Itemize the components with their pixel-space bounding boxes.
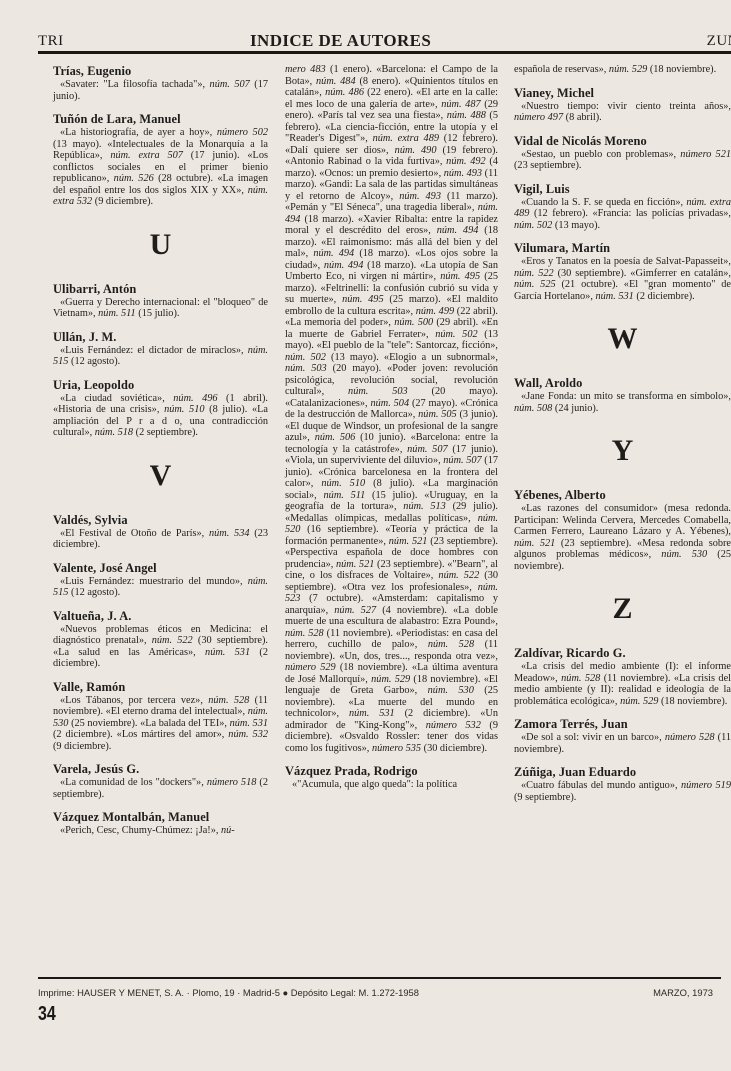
entry-continuation: mero 483 (1 enero). «Barcelona: el Campo…: [285, 64, 498, 754]
author-entry: Valdés, Sylvia«El Festival de Otoño de P…: [53, 513, 268, 551]
entry-text: «Savater: "La filosofía tachada"», núm. …: [53, 79, 268, 102]
author-entry: Varela, Jesús G.«La comunidad de los "do…: [53, 762, 268, 800]
author-entry: Valle, Ramón«Los Tábanos, por tercera ve…: [53, 680, 268, 753]
section-letter: Y: [514, 434, 731, 468]
author-name: Vianey, Michel: [514, 86, 731, 100]
author-entry: Wall, Aroldo«Jane Fonda: un mito se tran…: [514, 376, 731, 414]
author-name: Yébenes, Alberto: [514, 488, 731, 502]
entry-text: «Jane Fonda: un mito se transforma en sí…: [514, 391, 731, 414]
entry-text: «La historiografía, de ayer a hoy», núme…: [53, 127, 268, 208]
entry-text: «Guerra y Derecho internacional: el "blo…: [53, 297, 268, 320]
entry-text: «Cuando la S. F. se queda en ficción», n…: [514, 197, 731, 232]
author-name: Wall, Aroldo: [514, 376, 731, 390]
author-entry: Vidal de Nicolás Moreno«Sestao, un puebl…: [514, 134, 731, 172]
entry-text: española de reservas», núm. 529 (18 novi…: [514, 64, 731, 76]
author-entry: Zaldívar, Ricardo G.«La crisis del medio…: [514, 646, 731, 707]
author-entry: Trías, Eugenio«Savater: "La filosofía ta…: [53, 64, 268, 102]
author-entry: Valente, José Angel«Luis Fernández: mues…: [53, 561, 268, 599]
author-entry: Uria, Leopoldo«La ciudad soviética», núm…: [53, 378, 268, 439]
footer-rule: [38, 977, 721, 979]
author-entry: Yébenes, Alberto«Las razones del consumi…: [514, 488, 731, 572]
entry-text: «El Festival de Otoño de París», núm. 53…: [53, 528, 268, 551]
author-entry: Ullán, J. M.«Luis Fernández: el dictador…: [53, 330, 268, 368]
section-letter: U: [53, 228, 268, 262]
section-letter: W: [514, 322, 731, 356]
column-2: mero 483 (1 enero). «Barcelona: el Campo…: [285, 64, 498, 801]
entry-text: «Nuevos problemas éticos en Medicina: el…: [53, 624, 268, 670]
author-name: Valtueña, J. A.: [53, 609, 268, 623]
entry-text: «Los Tábanos, por tercera vez», núm. 528…: [53, 695, 268, 753]
entry-text: «Luis Fernández: muestrario del mundo», …: [53, 576, 268, 599]
entry-continuation: española de reservas», núm. 529 (18 novi…: [514, 64, 731, 76]
issue-date: MARZO, 1973: [653, 987, 713, 998]
author-name: Vázquez Prada, Rodrigo: [285, 764, 498, 778]
page-title: INDICE DE AUTORES: [250, 31, 431, 51]
author-name: Valente, José Angel: [53, 561, 268, 575]
column-1: Trías, Eugenio«Savater: "La filosofía ta…: [53, 64, 268, 847]
author-name: Ulibarri, Antón: [53, 282, 268, 296]
author-name: Vidal de Nicolás Moreno: [514, 134, 731, 148]
entry-text: «La comunidad de los "dockers"», número …: [53, 777, 268, 800]
entry-text: «La ciudad soviética», núm. 496 (1 abril…: [53, 393, 268, 439]
imprint-line: Imprime: HAUSER Y MENET, S. A. · Plomo, …: [38, 987, 419, 998]
author-name: Uria, Leopoldo: [53, 378, 268, 392]
entry-text: «Eros y Tanatos en la poesía de Salvat-P…: [514, 256, 731, 302]
column-3: española de reservas», núm. 529 (18 novi…: [514, 64, 731, 813]
author-entry: Vilumara, Martín«Eros y Tanatos en la po…: [514, 241, 731, 302]
entry-text: «Luis Fernández: el dictador de miraclos…: [53, 345, 268, 368]
author-name: Vilumara, Martín: [514, 241, 731, 255]
header-rule: [38, 51, 731, 54]
author-entry: Zamora Terrés, Juan«De sol a sol: vivir …: [514, 717, 731, 755]
entry-text: «Las razones del consumidor» (mesa redon…: [514, 503, 731, 572]
author-name: Zaldívar, Ricardo G.: [514, 646, 731, 660]
section-letter: V: [53, 459, 268, 493]
entry-text: «Perich, Cesc, Chumy-Chúmez: ¡Ja!», nú-: [53, 825, 268, 837]
author-entry: Valtueña, J. A.«Nuevos problemas éticos …: [53, 609, 268, 670]
entry-text: «"Acumula, que algo queda": la política: [285, 779, 498, 791]
author-name: Zamora Terrés, Juan: [514, 717, 731, 731]
page-number: 34: [38, 1003, 56, 1026]
author-name: Valdés, Sylvia: [53, 513, 268, 527]
author-name: Valle, Ramón: [53, 680, 268, 694]
author-name: Varela, Jesús G.: [53, 762, 268, 776]
author-name: Trías, Eugenio: [53, 64, 268, 78]
section-letter: Z: [514, 592, 731, 626]
author-entry: Ulibarri, Antón«Guerra y Derecho interna…: [53, 282, 268, 320]
author-entry: Vianey, Michel«Nuestro tiempo: vivir cie…: [514, 86, 731, 124]
author-entry: Tuñón de Lara, Manuel«La historiografía,…: [53, 112, 268, 208]
entry-text: «Nuestro tiempo: vivir ciento treinta añ…: [514, 101, 731, 124]
author-name: Zúñiga, Juan Eduardo: [514, 765, 731, 779]
author-name: Tuñón de Lara, Manuel: [53, 112, 268, 126]
author-entry: Vázquez Prada, Rodrigo«"Acumula, que alg…: [285, 764, 498, 791]
author-entry: Zúñiga, Juan Eduardo«Cuatro fábulas del …: [514, 765, 731, 803]
entry-text: mero 483 (1 enero). «Barcelona: el Campo…: [285, 64, 498, 754]
author-name: Ullán, J. M.: [53, 330, 268, 344]
right-guide-word: ZUÑ: [707, 33, 731, 50]
author-name: Vigil, Luis: [514, 182, 731, 196]
entry-text: «La crisis del medio ambiente (I): el in…: [514, 661, 731, 707]
entry-text: «Sestao, un pueblo con problemas», númer…: [514, 149, 731, 172]
author-entry: Vigil, Luis«Cuando la S. F. se queda en …: [514, 182, 731, 232]
author-entry: Vázquez Montalbán, Manuel«Perich, Cesc, …: [53, 810, 268, 837]
entry-text: «Cuatro fábulas del mundo antiguo», núme…: [514, 780, 731, 803]
author-name: Vázquez Montalbán, Manuel: [53, 810, 268, 824]
entry-text: «De sol a sol: vivir en un barco», númer…: [514, 732, 731, 755]
left-guide-word: TRI: [38, 33, 64, 50]
